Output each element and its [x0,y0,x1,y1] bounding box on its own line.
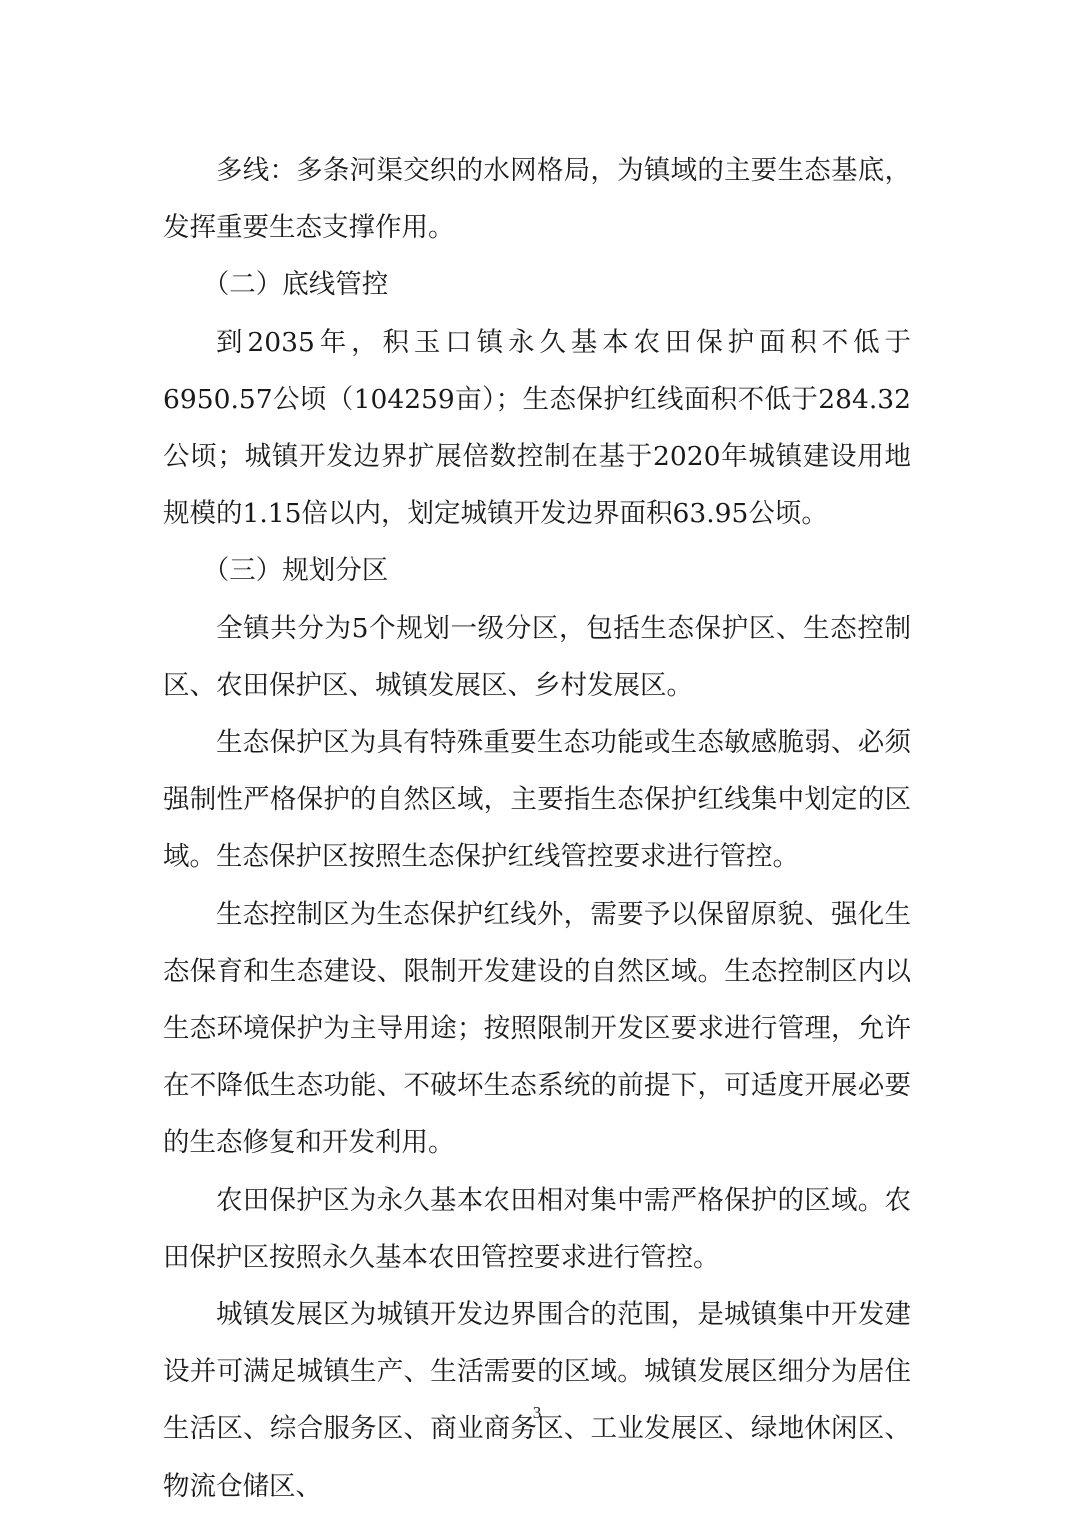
paragraph-zone-overview: 全镇共分为5个规划一级分区，包括生态保护区、生态控制区、农田保护区、城镇发展区、… [163,600,911,714]
paragraph-bottom-line-targets: 到2035年，积玉口镇永久基本农田保护面积不低于6950.57公顷（104259… [163,314,911,543]
section-heading-planning-zones: （三）规划分区 [163,542,911,599]
paragraph-farmland-protection-zone: 农田保护区为永久基本农田相对集中需严格保护的区域。农田保护区按照永久基本农田管控… [163,1172,911,1286]
paragraph-duoxian: 多线：多条河渠交织的水网格局，为镇域的主要生态基底，发挥重要生态支撑作用。 [163,142,911,256]
page-number: 3 [0,1403,1074,1423]
document-body: 多线：多条河渠交织的水网格局，为镇域的主要生态基底，发挥重要生态支撑作用。 （二… [163,142,911,1515]
paragraph-ecological-control-zone: 生态控制区为生态保护红线外，需要予以保留原貌、强化生态保育和生态建设、限制开发建… [163,886,911,1172]
section-heading-bottom-line-control: （二）底线管控 [163,256,911,313]
paragraph-urban-development-zone: 城镇发展区为城镇开发边界围合的范围，是城镇集中开发建设并可满足城镇生产、生活需要… [163,1286,911,1515]
paragraph-ecological-protection-zone: 生态保护区为具有特殊重要生态功能或生态敏感脆弱、必须强制性严格保护的自然区域，主… [163,714,911,886]
